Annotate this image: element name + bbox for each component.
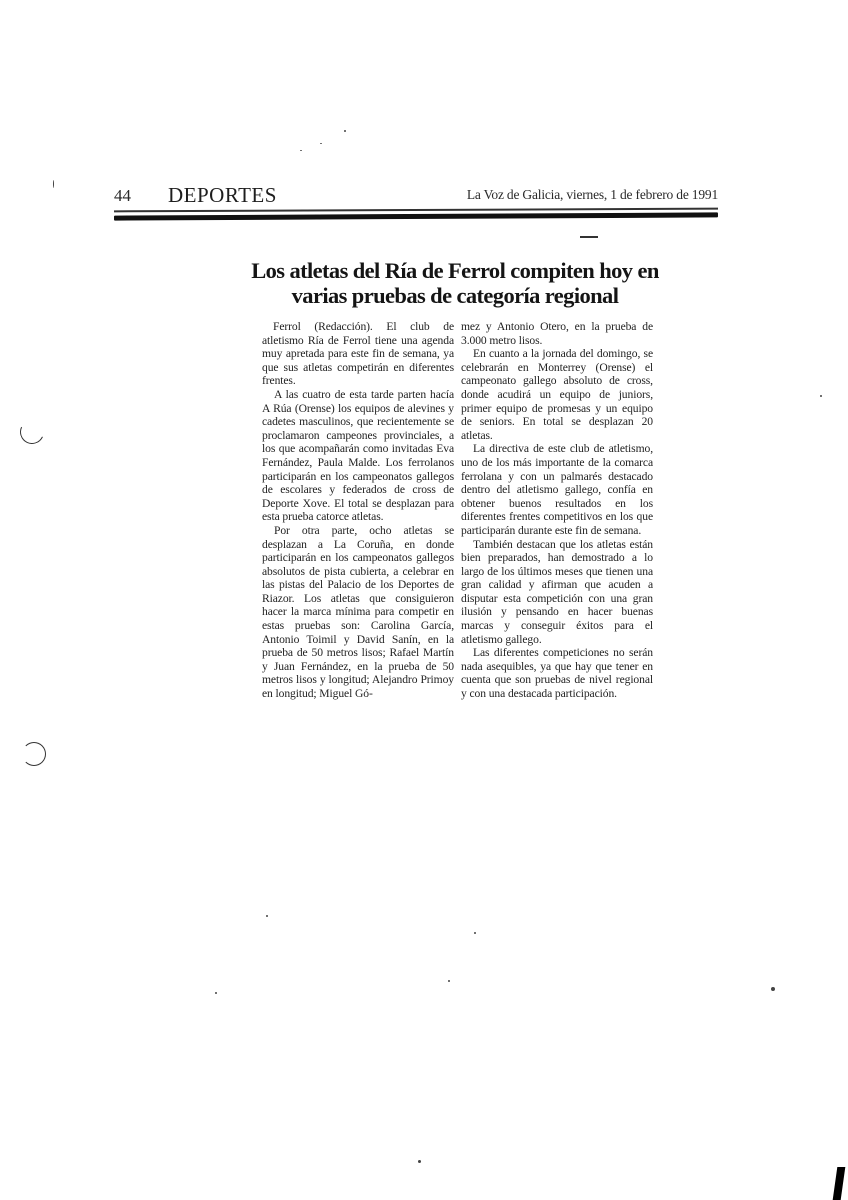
scan-speck: [300, 150, 302, 151]
paragraph: Las diferentes competiciones no serán na…: [461, 646, 653, 700]
divider-dash: [580, 236, 598, 238]
scan-speck: [53, 180, 54, 188]
scan-speck: [474, 932, 476, 934]
paragraph: La directiva de este club de atletismo, …: [461, 442, 653, 537]
scan-speck: [418, 1160, 421, 1163]
article-headline: Los atletas del Ría de Ferrol compiten h…: [240, 258, 670, 308]
article-column-left: Ferrol (Redacción). El club de atletismo…: [262, 320, 454, 701]
punch-hole-mark-top: [17, 417, 48, 448]
scan-speck: [448, 980, 450, 982]
scan-blot: [833, 1167, 846, 1200]
paragraph: Por otra parte, ocho atletas se desplaza…: [262, 524, 454, 701]
article-column-right: mez y Antonio Otero, en la prueba de 3.0…: [461, 320, 653, 701]
punch-hole-mark-bottom: [22, 742, 46, 766]
page-header: 44 DEPORTES La Voz de Galicia, viernes, …: [114, 183, 718, 207]
section-title: DEPORTES: [168, 183, 277, 208]
scan-speck: [820, 395, 822, 397]
header-rule-thick: [114, 212, 718, 220]
scan-speck: [215, 992, 217, 994]
scan-speck: [344, 130, 346, 132]
header-rule-thin: [114, 208, 718, 212]
publication-date: La Voz de Galicia, viernes, 1 de febrero…: [467, 187, 718, 203]
scan-speck: [320, 143, 322, 144]
scan-speck: [266, 915, 268, 917]
paragraph: mez y Antonio Otero, en la prueba de 3.0…: [461, 320, 653, 347]
paragraph: También destacan que los atletas están b…: [461, 538, 653, 647]
paragraph: En cuanto a la jornada del domingo, se c…: [461, 347, 653, 442]
paragraph: Ferrol (Redacción). El club de atletismo…: [262, 320, 454, 388]
paragraph: A las cuatro de esta tarde parten hacía …: [262, 388, 454, 524]
scan-speck: [771, 987, 775, 991]
page-number: 44: [114, 186, 131, 206]
